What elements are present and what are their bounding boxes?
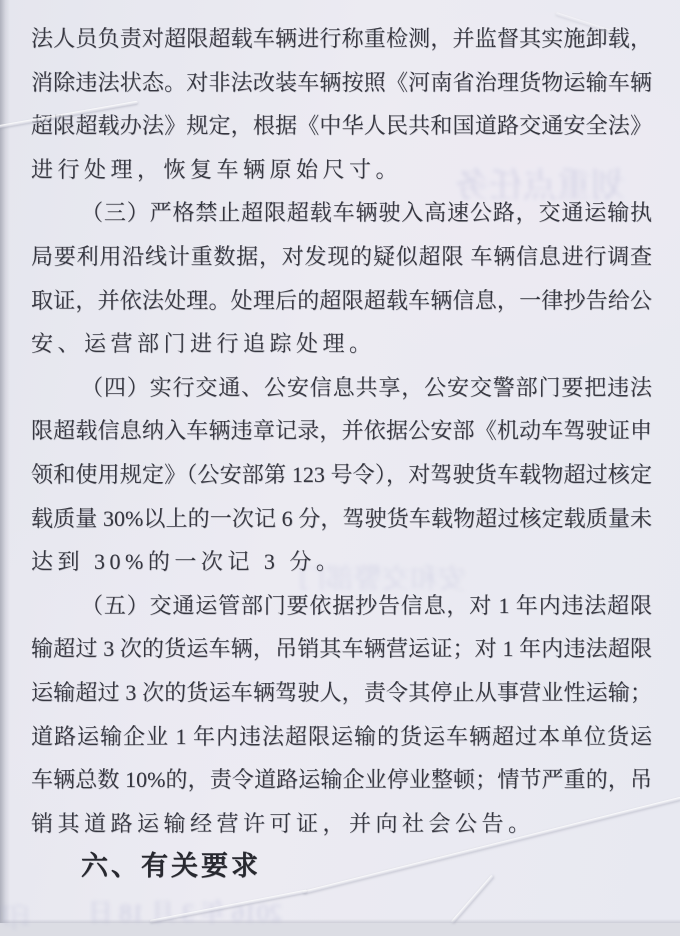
text-line: （四）实行交通、公安信息共享，公安交警部门要把违法超 [31,366,652,410]
text-line: 运输超过 3 次的货运车辆驾驶人，责令其停止从事营业性运输； [31,671,652,715]
scanned-document-page: 划重点任务安和交警部门2016 年 3 月 18 日印 法人员负责对超限超载车辆… [0,0,680,923]
text-line: 载质量 30%以上的一次记 6 分，驾驶货车载物超过核定载质量未 [31,497,652,541]
scan-edge-shadow-left [0,0,10,923]
text-line: （三）严格禁止超限超载车辆驶入高速公路，交通运输执法 [31,191,652,235]
text-line: 道路运输企业 1 年内违法超限运输的货运车辆超过本单位货运 [31,715,652,759]
text-line: 车辆总数 10%的，责令道路运输企业停业整顿；情节严重的，吊 [31,758,652,802]
text-line: 达到 30%的一次记 3 分。 [31,540,652,584]
text-line: 安、运营部门进行追踪处理。 [31,322,652,366]
scan-edge-shadow-bottom [0,919,680,923]
text-line: 进行处理，恢复车辆原始尺寸。 [31,148,652,192]
text-line: 限超载信息纳入车辆违章记录，并依据公安部《机动车驾驶证申 [31,409,652,453]
text-line: 销其道路运输经营许可证，并向社会公告。 [31,802,652,846]
text-line: 取证，并依法处理。处理后的超限超载车辆信息，一律抄告给公 [31,279,652,323]
text-line: 输超过 3 次的货运车辆，吊销其车辆营运证；对 1 年内违法超限 [31,627,652,671]
paper-crease [150,889,308,922]
text-line: 超限超载办法》规定，根据《中华人民共和国道路交通安全法》 [31,104,652,148]
text-line: 局要利用沿线计重数据，对发现的疑似超限 车辆信息进行调查 [31,235,652,279]
text-line: 消除违法状态。对非法改装车辆按照《河南省治理货物运输车辆 [31,61,652,105]
document-lines: 法人员负责对超限超载车辆进行称重检测，并监督其实施卸载，消除违法状态。对非法改装… [31,17,652,889]
text-line: 领和使用规定》（公安部第 123 号令），对驾驶货车载物超过核定 [31,453,652,497]
text-line: （五）交通运管部门要依据抄告信息，对 1 年内违法超限运 [31,584,652,628]
text-line: 法人员负责对超限超载车辆进行称重检测，并监督其实施卸载， [31,17,652,61]
